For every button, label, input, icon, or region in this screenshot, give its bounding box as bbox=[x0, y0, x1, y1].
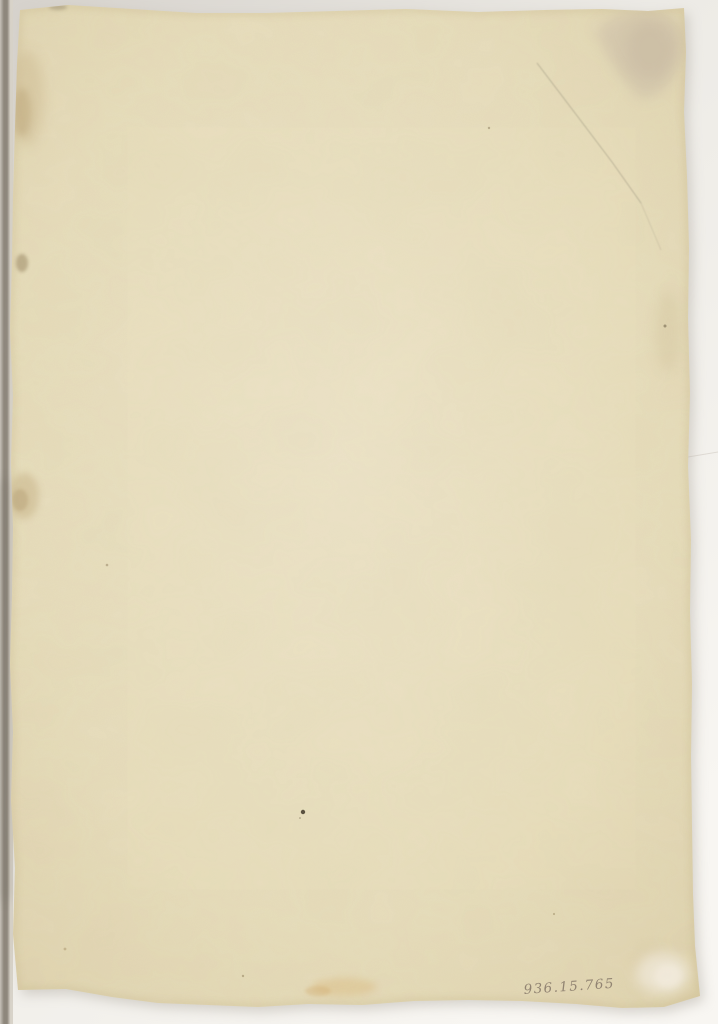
bottom-center-stain-core bbox=[305, 986, 331, 996]
speck bbox=[64, 948, 67, 951]
photo-canvas: 936.15.765 bbox=[0, 0, 718, 1024]
scan-bed-edge-shading bbox=[0, 480, 10, 900]
paper-grain-texture bbox=[0, 0, 718, 1024]
bottom-right-abrasion-core bbox=[654, 964, 682, 988]
speck bbox=[299, 817, 301, 819]
speck bbox=[664, 325, 667, 328]
speck bbox=[242, 975, 244, 977]
left-edge-stain-core bbox=[12, 489, 28, 511]
right-edge-stain bbox=[655, 292, 681, 372]
left-edge-dark-spot bbox=[16, 254, 28, 272]
speck bbox=[106, 564, 109, 567]
dark-speck-lower-center bbox=[301, 810, 305, 814]
paper-surface-layers: 936.15.765 bbox=[0, 0, 718, 1024]
paper-photo: 936.15.765 bbox=[0, 0, 718, 1024]
top-right-corner-stain-core bbox=[626, 22, 674, 78]
speck bbox=[488, 127, 490, 129]
speck bbox=[553, 913, 555, 915]
